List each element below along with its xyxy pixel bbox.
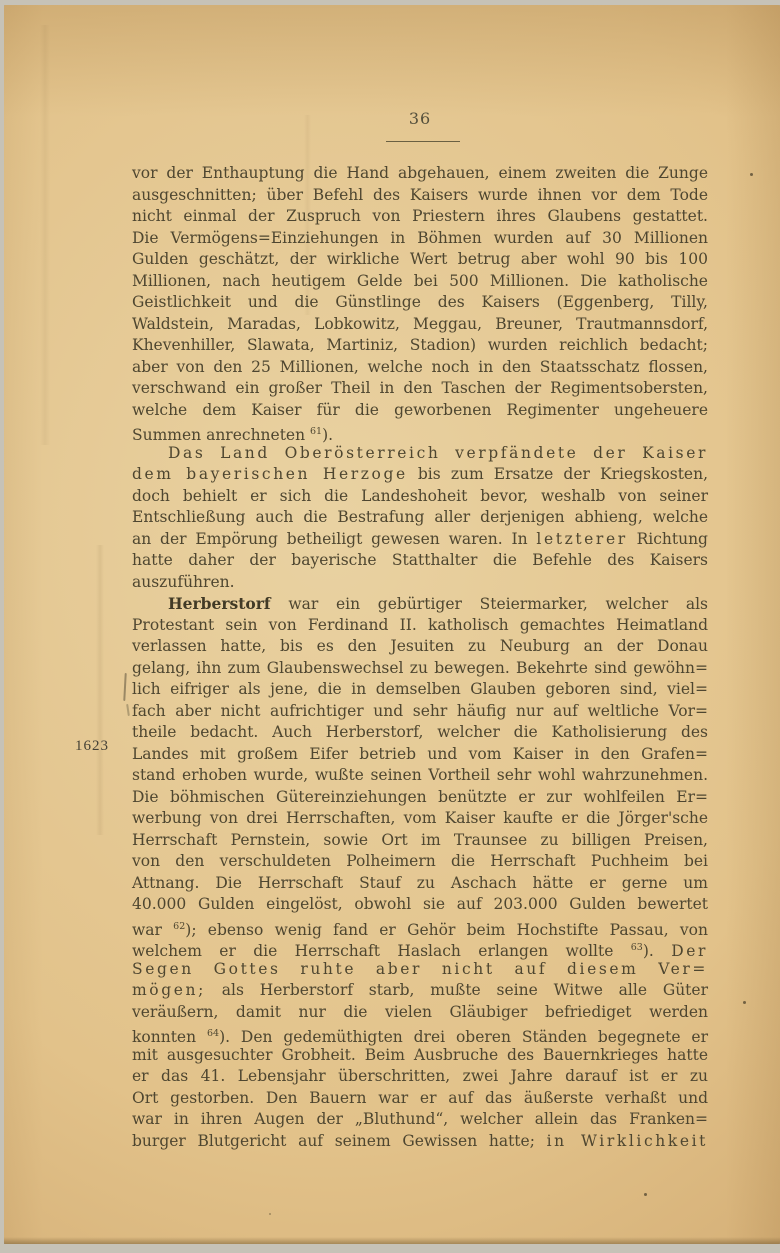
text-line: Summen anrechneten 61). — [132, 421, 708, 443]
ink-speck — [269, 1213, 271, 1215]
text-line: 40.000 Gulden eingelöst, obwohl sie auf … — [132, 894, 708, 916]
text-line: gelang, ihn zum Glaubenswechsel zu beweg… — [132, 658, 708, 680]
text-line: war in ihren Augen der „Bluthund“, welch… — [132, 1109, 708, 1131]
text-line: Landes mit großem Eifer betrieb und vom … — [132, 744, 708, 766]
page-number: 36 — [132, 109, 708, 128]
margin-year-note: 1623 — [75, 738, 109, 755]
text-line: hatte daher der bayerische Statthalter d… — [132, 550, 708, 572]
text-line: Waldstein, Maradas, Lobkowitz, Meggau, B… — [132, 314, 708, 336]
text-line: fach aber nicht aufrichtiger und sehr hä… — [132, 701, 708, 723]
text-line: stand erhoben wurde, wußte seinen Vorthe… — [132, 765, 708, 787]
text-line: war 62); ebenso wenig fand er Gehör beim… — [132, 916, 708, 938]
text-line: Das Land Oberösterreich verpfändete der … — [132, 443, 708, 465]
scan-streak — [96, 545, 104, 835]
text-line: Ort gestorben. Den Bauern war er auf das… — [132, 1088, 708, 1110]
text-line: werbung von drei Herrschaften, vom Kaise… — [132, 808, 708, 830]
text-line: Die Vermögens=Einziehungen in Böhmen wur… — [132, 228, 708, 250]
text-line: konnten 64). Den gedemüthigten drei ober… — [132, 1023, 708, 1045]
text-line: mögen; als Herberstorf starb, mußte sein… — [132, 980, 708, 1002]
text-line: nicht einmal der Zuspruch von Priestern … — [132, 206, 708, 228]
text-line: Attnang. Die Herrschaft Stauf zu Aschach… — [132, 873, 708, 895]
text-line: Millionen, nach heutigem Gelde bei 500 M… — [132, 271, 708, 293]
text-line: Khevenhiller, Slawata, Martiniz, Stadion… — [132, 335, 708, 357]
book-page: 36 1623 vor der Enthauptung die Hand abg… — [4, 5, 780, 1244]
text-line: Entschließung auch die Bestrafung aller … — [132, 507, 708, 529]
text-line: theile bedacht. Auch Herberstorf, welche… — [132, 722, 708, 744]
text-line: von den verschuldeten Polheimern die Her… — [132, 851, 708, 873]
text-line: Geistlichkeit und die Günstlinge des Kai… — [132, 292, 708, 314]
ink-speck — [750, 173, 753, 176]
text-line: doch behielt er sich die Landeshoheit be… — [132, 486, 708, 508]
text-line: er das 41. Lebensjahr überschritten, zwe… — [132, 1066, 708, 1088]
text-line: dem bayerischen Herzoge bis zum Ersatze … — [132, 464, 708, 486]
text-line: Herberstorf war ein gebürtiger Steiermar… — [132, 593, 708, 615]
text-line: Protestant sein von Ferdinand II. kathol… — [132, 615, 708, 637]
text-line: an der Empörung betheiligt gewesen waren… — [132, 529, 708, 551]
text-line: welchem er die Herrschaft Haslach erlang… — [132, 937, 708, 959]
ink-speck — [743, 1001, 746, 1004]
page-text: vor der Enthauptung die Hand abgehauen, … — [132, 163, 708, 1152]
ink-speck — [644, 1193, 647, 1196]
page-number-rule — [386, 141, 460, 142]
text-line: welche dem Kaiser für die geworbenen Reg… — [132, 400, 708, 422]
text-line: Segen Gottes ruhte aber nicht auf diesem… — [132, 959, 708, 981]
text-line: mit ausgesuchter Grobheit. Beim Ausbruch… — [132, 1045, 708, 1067]
text-line: lich eifriger als jene, die in demselben… — [132, 679, 708, 701]
text-line: Die böhmischen Gütereinziehungen benützt… — [132, 787, 708, 809]
text-line: verschwand ein großer Theil in den Tasch… — [132, 378, 708, 400]
text-line: verlassen hatte, bis es den Jesuiten zu … — [132, 636, 708, 658]
text-line: veräußern, damit nur die vielen Gläubige… — [132, 1002, 708, 1024]
text-line: aber von den 25 Millionen, welche noch i… — [132, 357, 708, 379]
text-line: Gulden geschätzt, der wirkliche Wert bet… — [132, 249, 708, 271]
margin-pencil-mark — [126, 704, 130, 716]
text-line: auszuführen. — [132, 572, 708, 594]
text-line: burger Blutgericht auf seinem Gewissen h… — [132, 1131, 708, 1153]
text-line: vor der Enthauptung die Hand abgehauen, … — [132, 163, 708, 185]
margin-pencil-mark — [123, 673, 126, 701]
scan-streak — [40, 25, 50, 445]
text-line: Herrschaft Pernstein, sowie Ort im Traun… — [132, 830, 708, 852]
text-line: ausgeschnitten; über Befehl des Kaisers … — [132, 185, 708, 207]
